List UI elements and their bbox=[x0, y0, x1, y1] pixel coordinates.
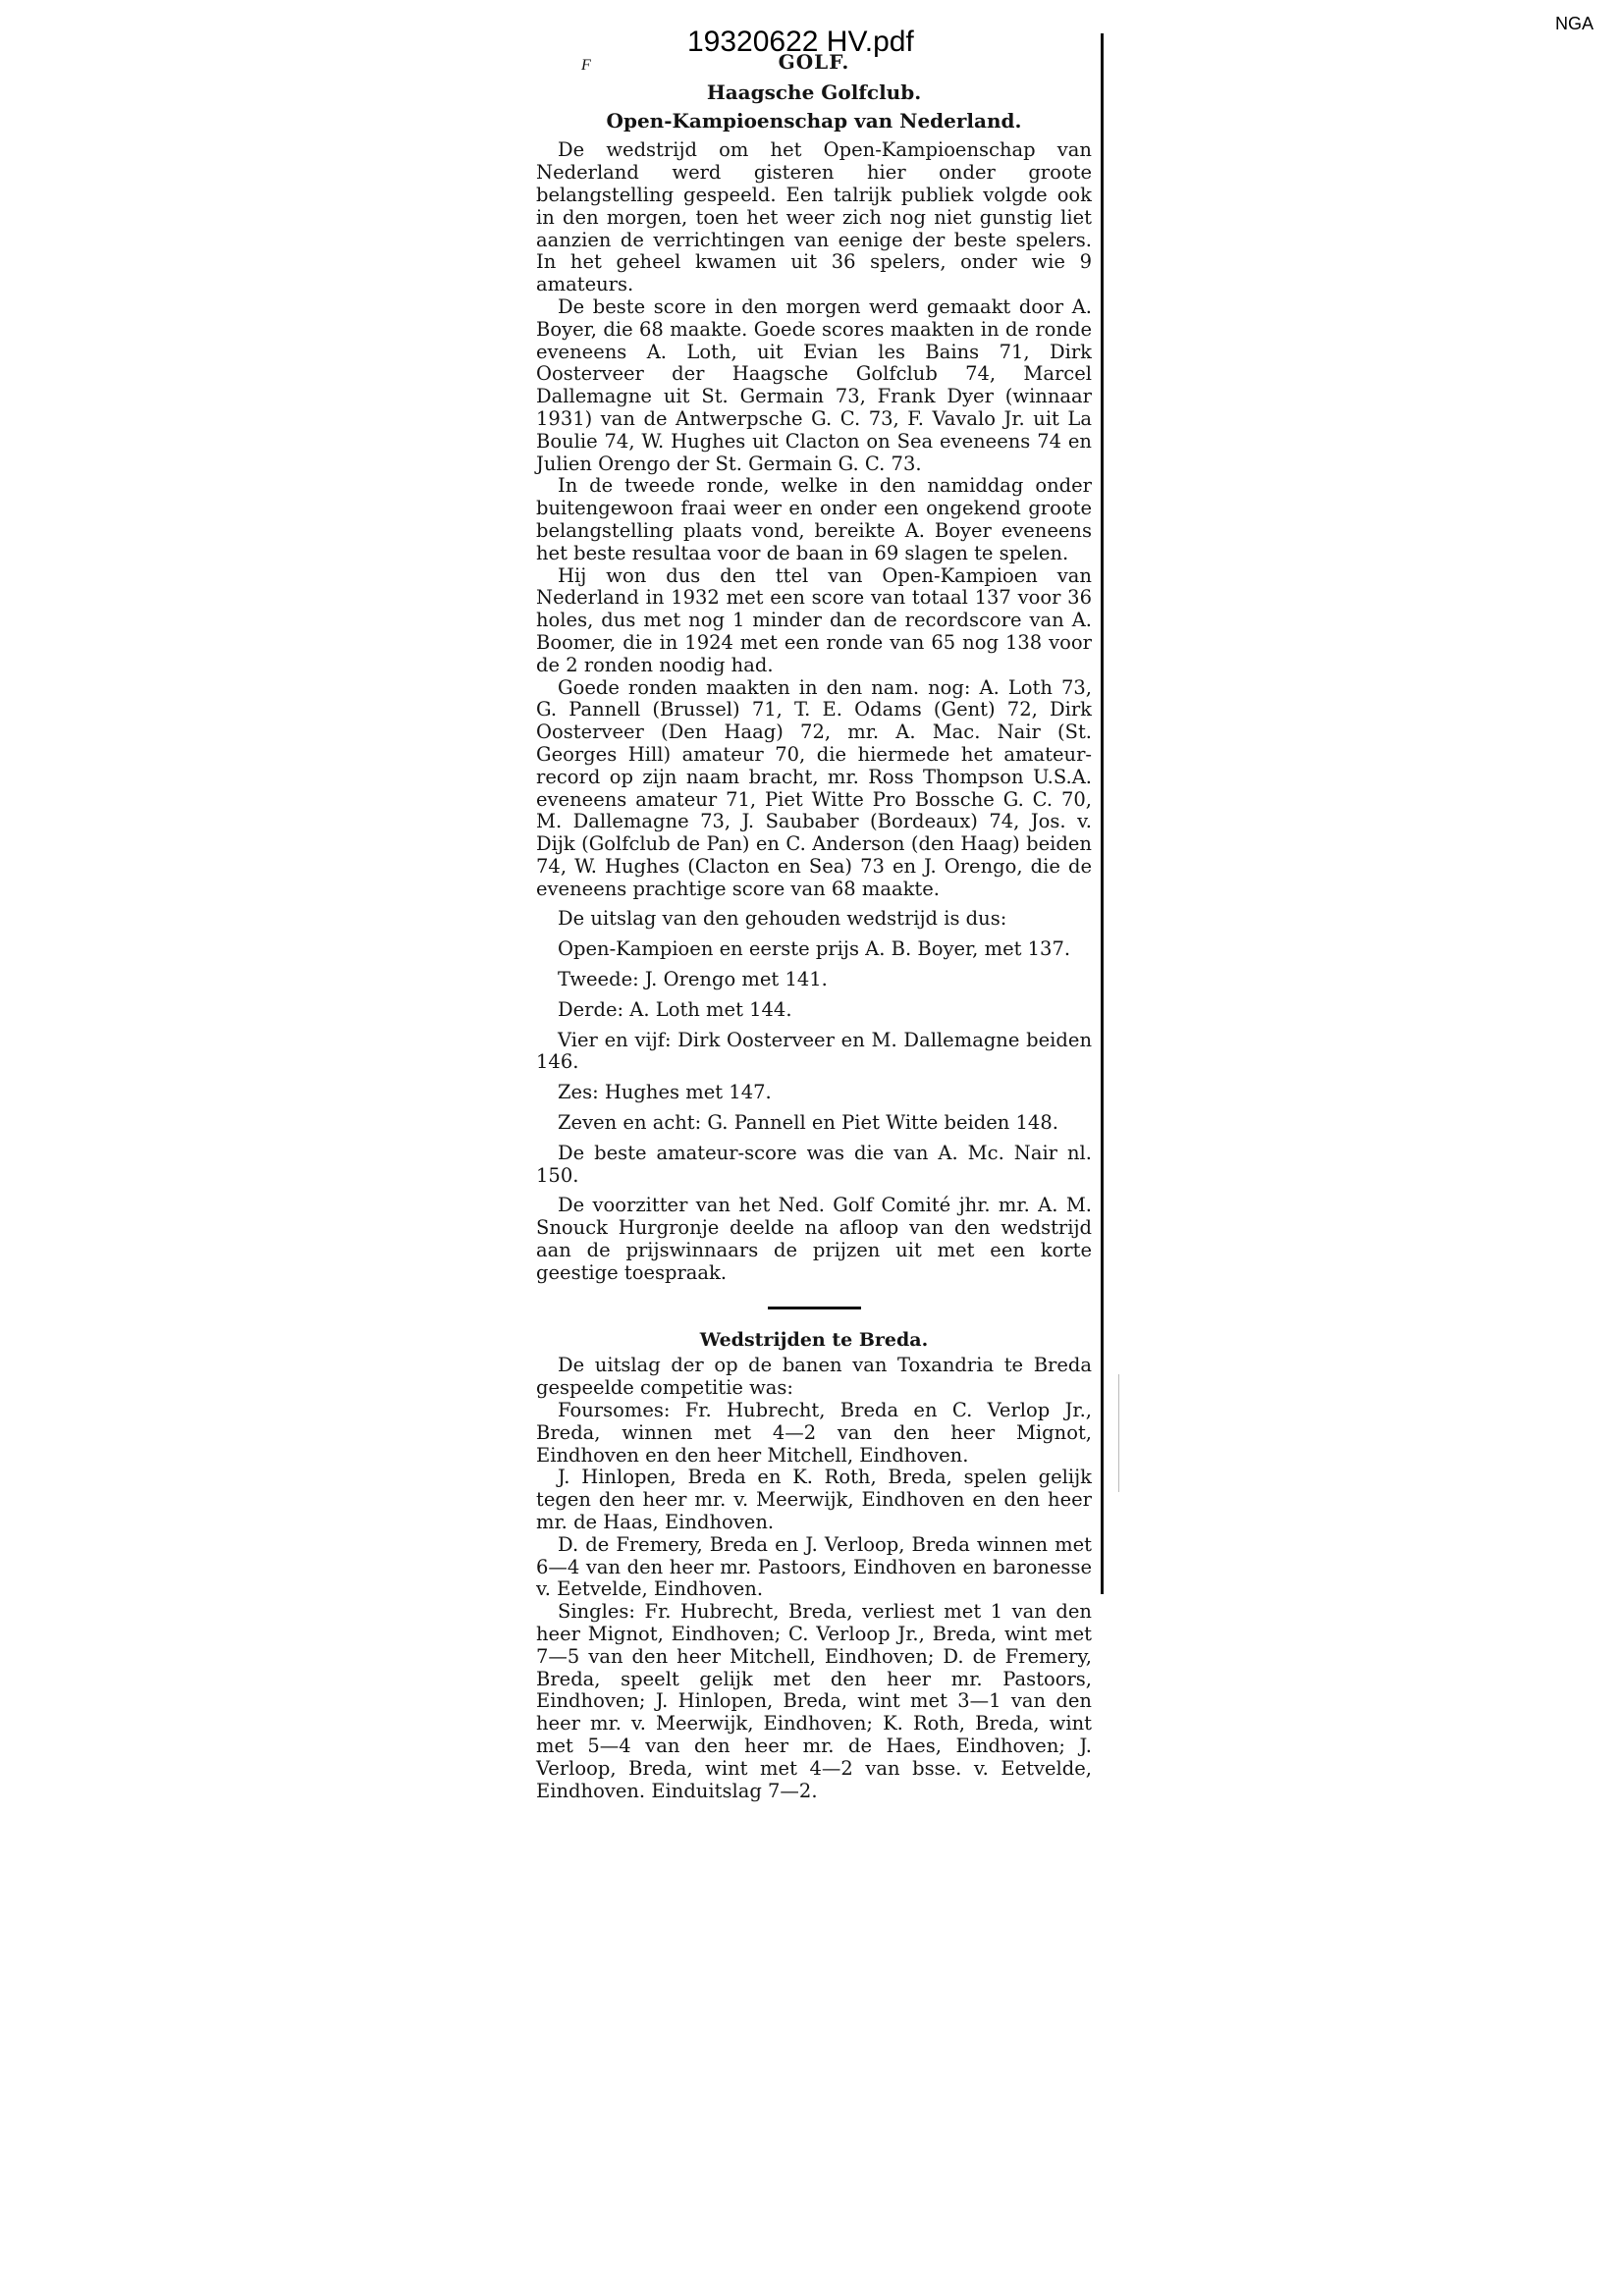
article-paragraph: De wedstrijd om het Open-Kampioenschap v… bbox=[536, 139, 1092, 296]
section-heading: GOLF. bbox=[536, 51, 1092, 74]
article-paragraph: Goede ronden maakten in den nam. nog: A.… bbox=[536, 677, 1092, 901]
results-intro: De uitslag van den gehouden wedstrijd is… bbox=[536, 908, 1092, 931]
breda-paragraph: De uitslag der op de banen van Toxandria… bbox=[536, 1355, 1092, 1400]
breda-heading: Wedstrijden te Breda. bbox=[536, 1329, 1092, 1352]
column-rule bbox=[1101, 33, 1104, 1594]
result-line: De beste amateur-score was die van A. Mc… bbox=[536, 1143, 1092, 1188]
result-line: Derde: A. Loth met 144. bbox=[536, 999, 1092, 1022]
article-paragraph: De beste score in den morgen werd gemaak… bbox=[536, 296, 1092, 475]
club-heading: Haagsche Golfclub. bbox=[536, 81, 1092, 104]
section-divider bbox=[768, 1307, 861, 1309]
result-line: Vier en vijf: Dirk Oosterveer en M. Dall… bbox=[536, 1030, 1092, 1075]
newspaper-column: GOLF. Haagsche Golfclub. Open-Kampioensc… bbox=[536, 51, 1092, 1802]
result-line: Zeven en acht: G. Pannell en Piet Witte … bbox=[536, 1112, 1092, 1135]
result-line: Open-Kampioen en eerste prijs A. B. Boye… bbox=[536, 938, 1092, 961]
breda-paragraph: J. Hinlopen, Breda en K. Roth, Breda, sp… bbox=[536, 1467, 1092, 1533]
article-paragraph: Hij won dus den ttel van Open-Kampioen v… bbox=[536, 565, 1092, 677]
breda-paragraph: D. de Fremery, Breda en J. Verloop, Bred… bbox=[536, 1534, 1092, 1601]
column-rule-faint bbox=[1118, 1374, 1119, 1492]
closing-paragraph: De voorzitter van het Ned. Golf Comité j… bbox=[536, 1195, 1092, 1284]
article-title: Open-Kampioenschap van Nederland. bbox=[536, 110, 1092, 133]
article-paragraph: In de tweede ronde, welke in den namidda… bbox=[536, 475, 1092, 564]
breda-paragraph: Foursomes: Fr. Hubrecht, Breda en C. Ver… bbox=[536, 1400, 1092, 1467]
breda-paragraph: Singles: Fr. Hubrecht, Breda, verliest m… bbox=[536, 1601, 1092, 1802]
result-line: Zes: Hughes met 147. bbox=[536, 1082, 1092, 1104]
archive-code-label: NGA bbox=[1555, 14, 1594, 34]
result-line: Tweede: J. Orengo met 141. bbox=[536, 969, 1092, 991]
